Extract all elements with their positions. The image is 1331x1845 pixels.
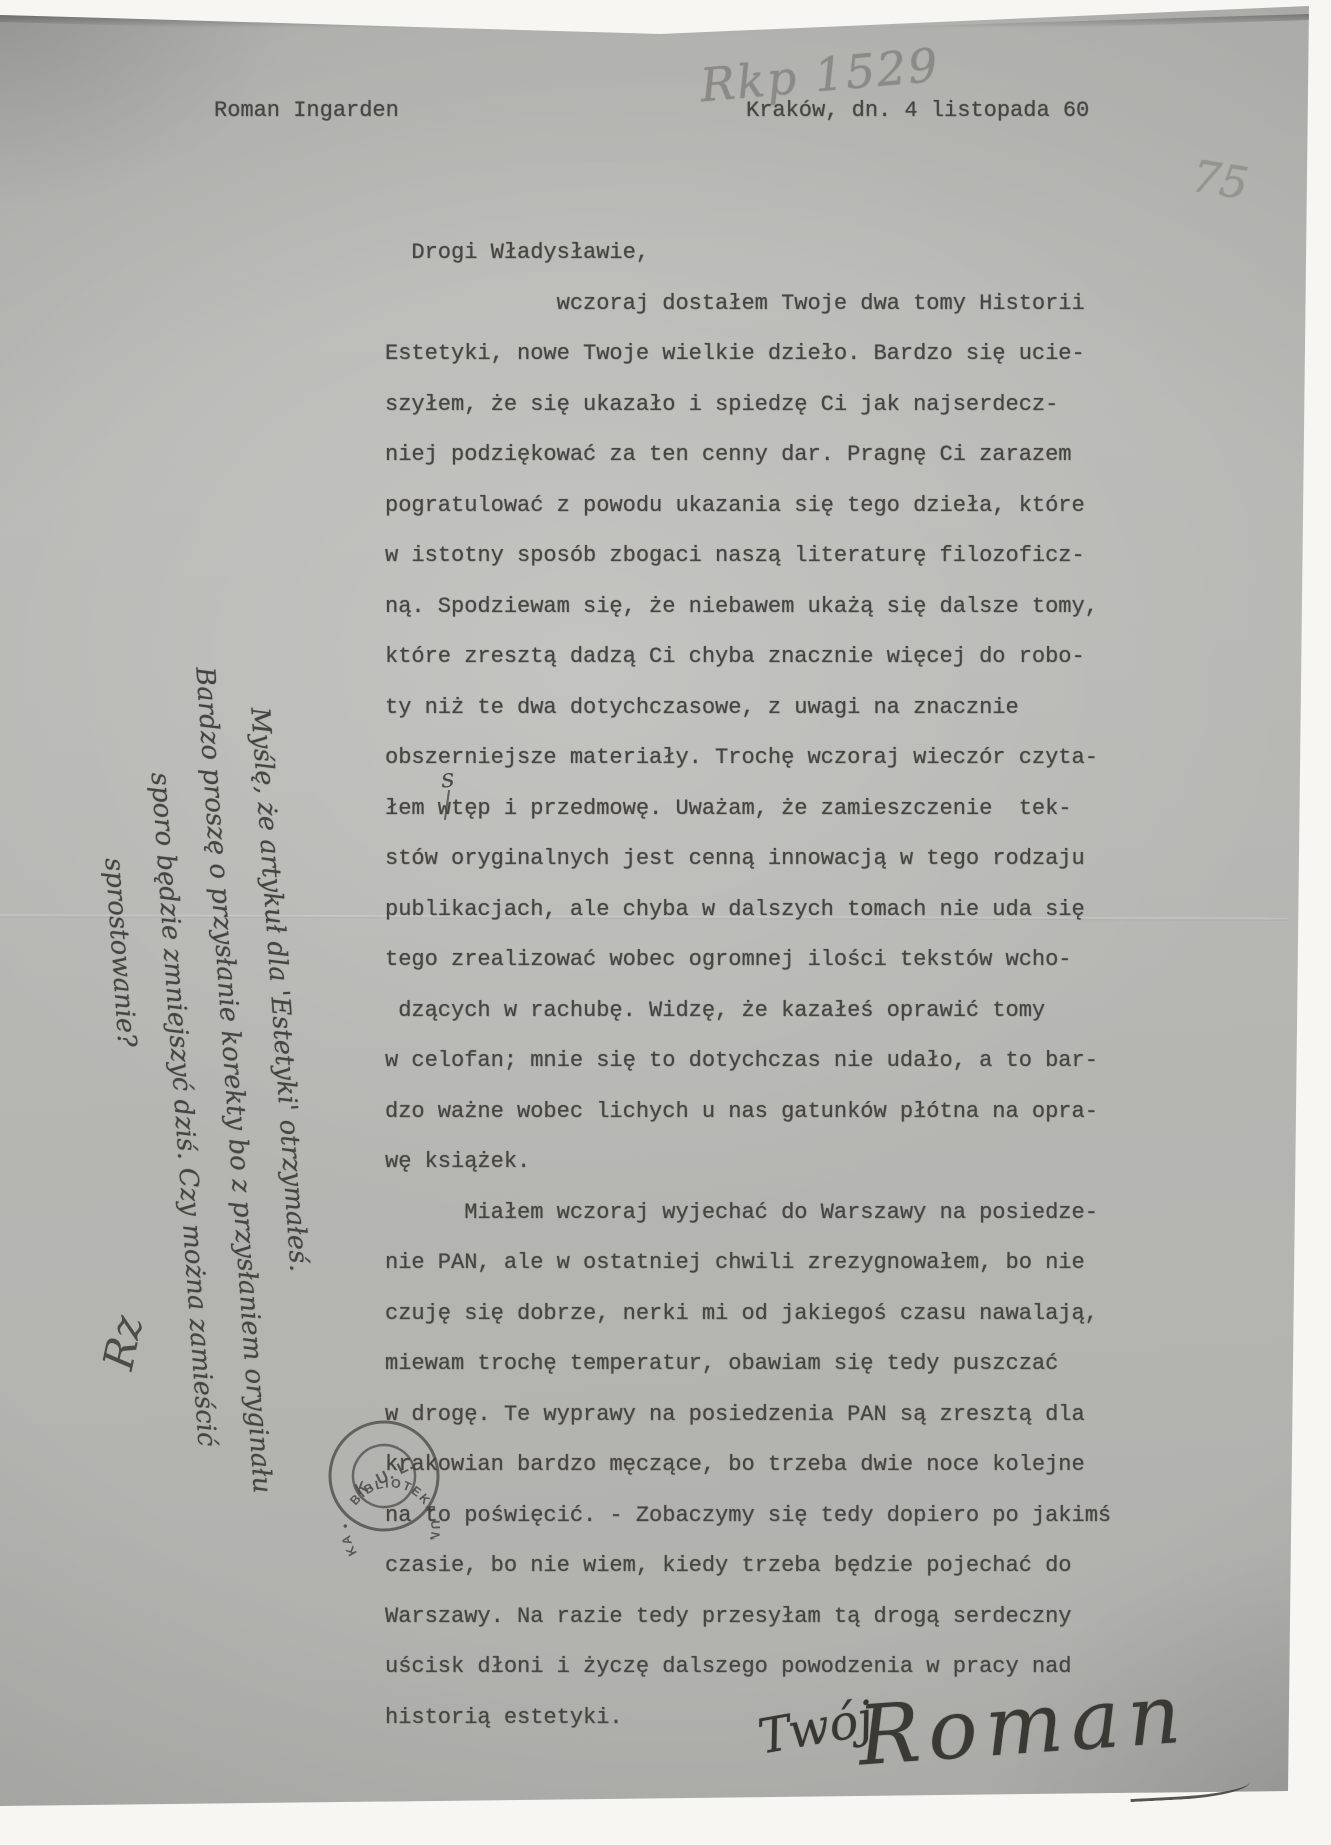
library-stamp: BIBLIOTEKA UNIWERSYTECKA • K. U. L. — [299, 1391, 470, 1562]
scan: { "header": { "sender": "Roman Ingarden"… — [0, 0, 1331, 1845]
sender-name: Roman Ingarden — [214, 98, 399, 123]
pencil-page-number: 75 — [1188, 151, 1251, 210]
letter-body: Drogi Władysławie, wczoraj dostałem Twoj… — [385, 228, 1111, 1743]
